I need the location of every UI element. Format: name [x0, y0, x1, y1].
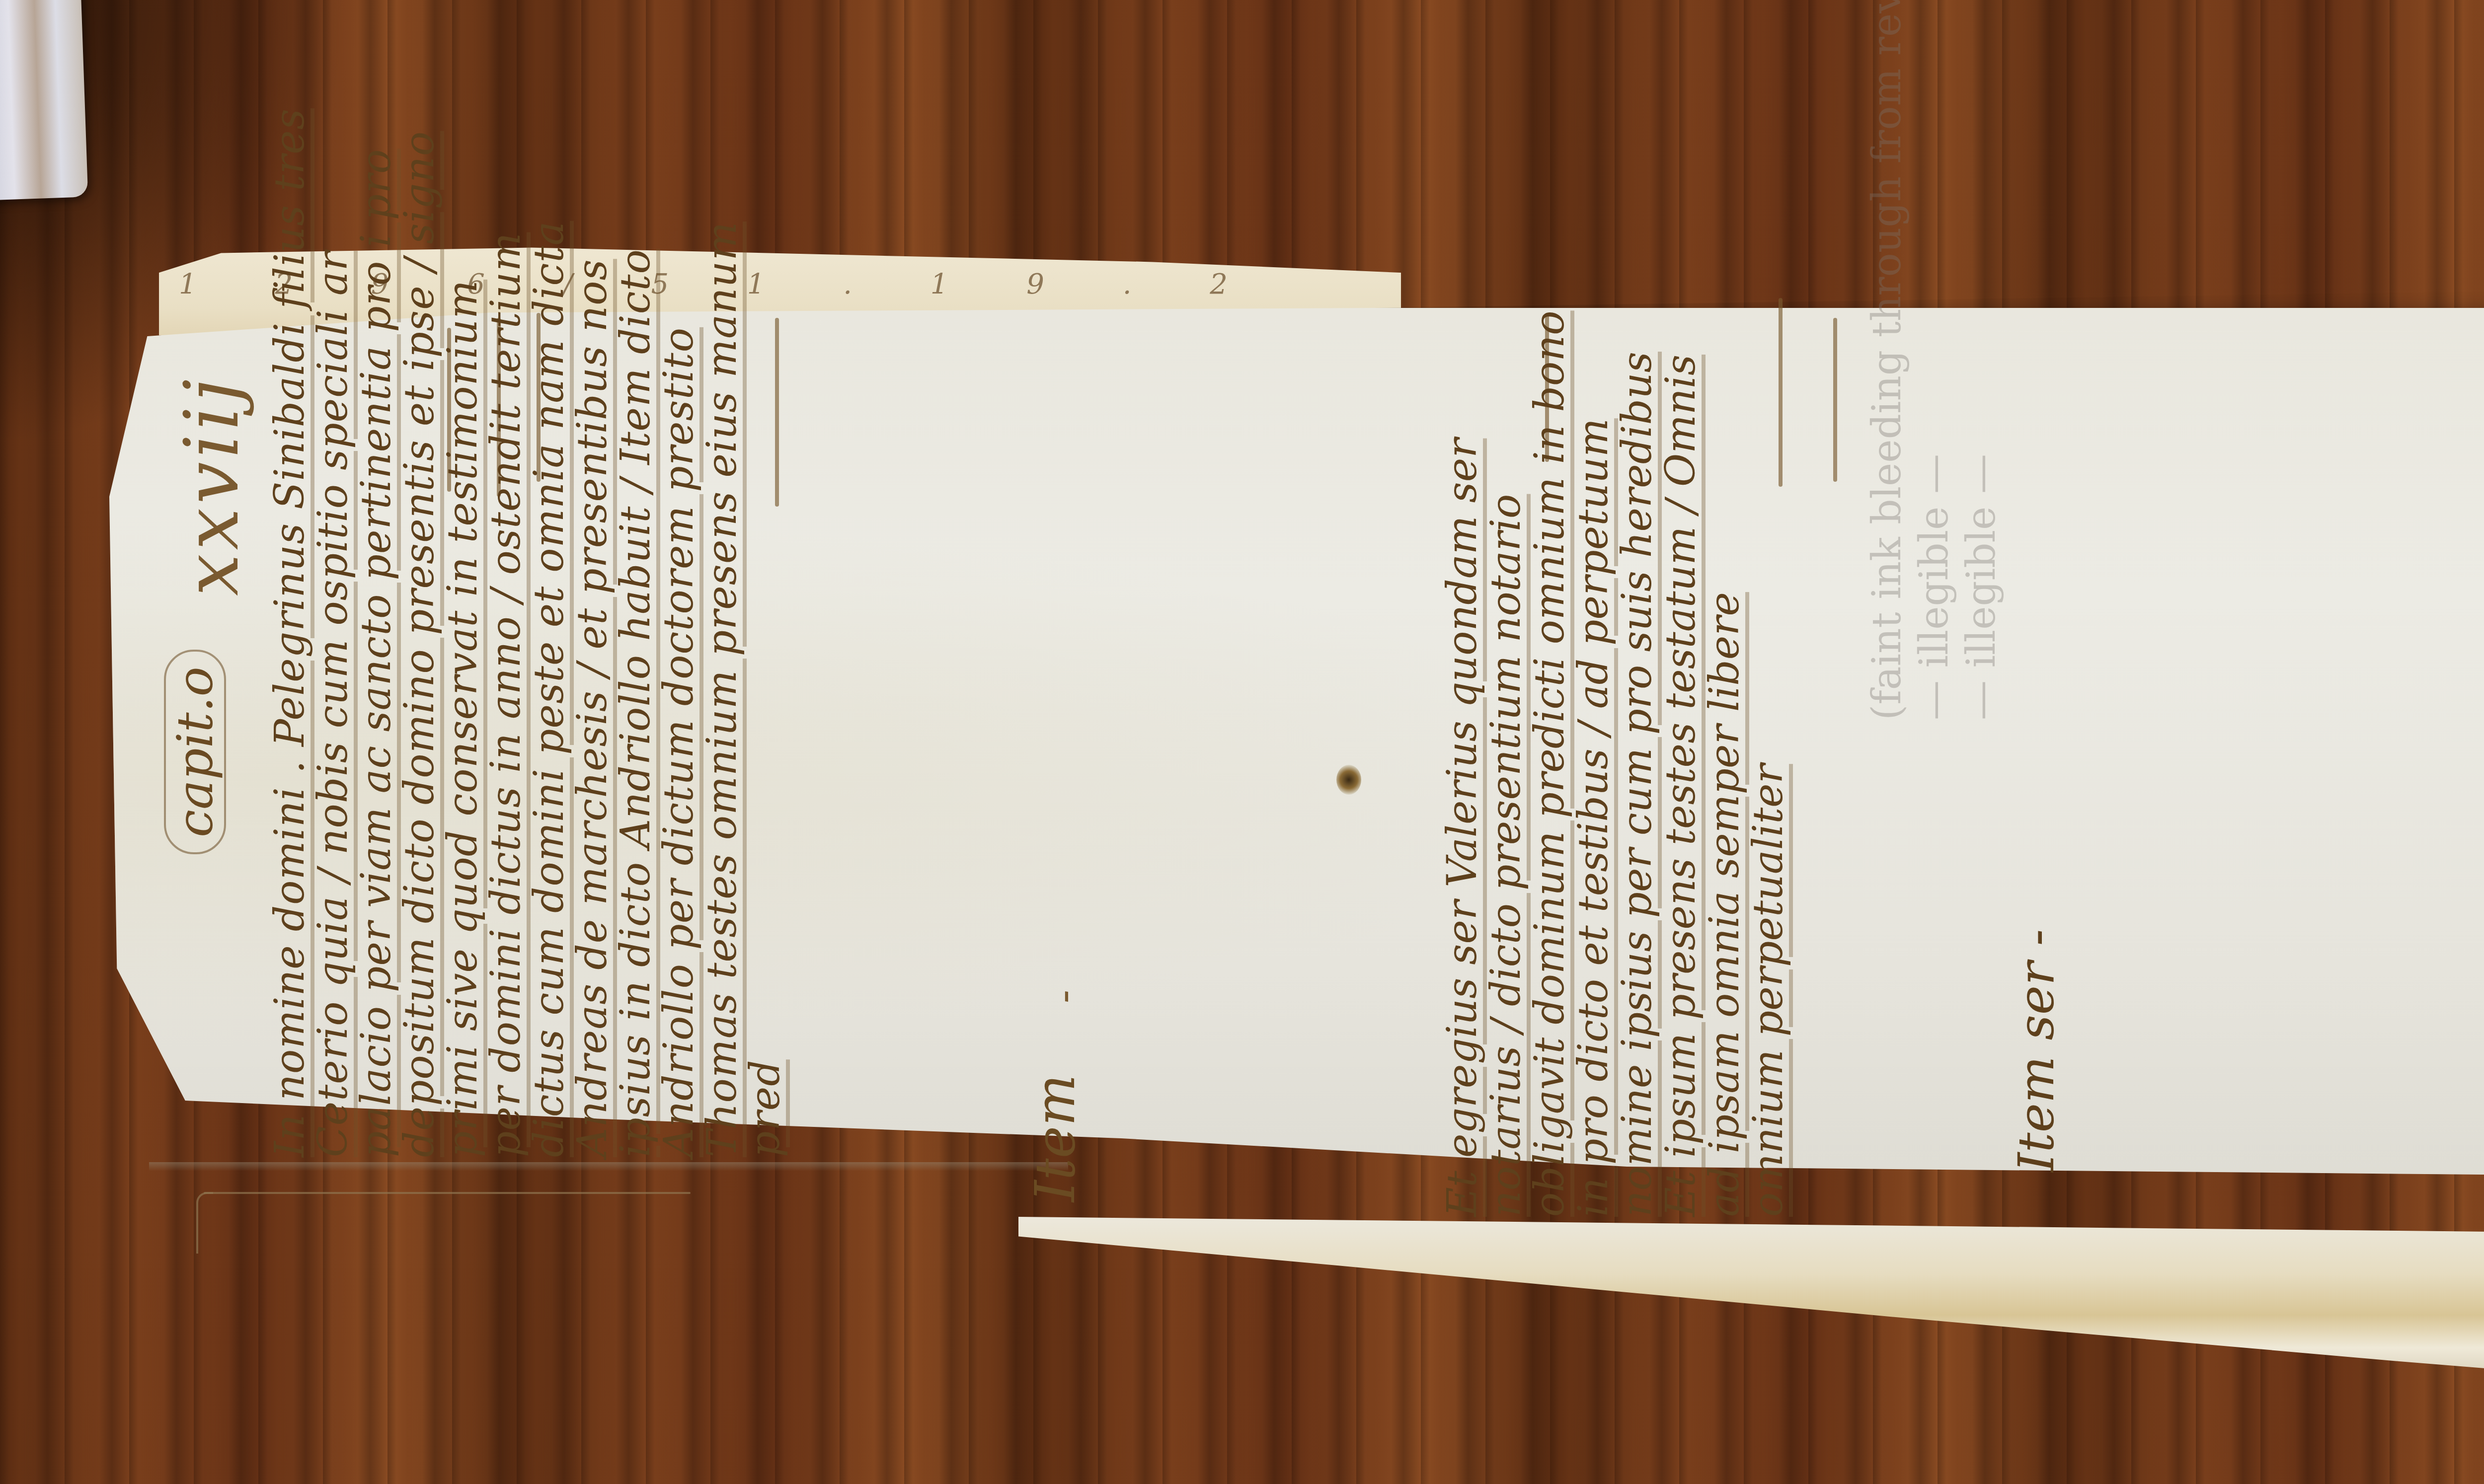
text-line: ipsius in dicto Andriollo habuit / Item …: [614, 108, 657, 1157]
item-mark: Item: [1023, 1074, 1087, 1202]
item-flourish: -: [1041, 990, 1087, 1003]
show-through-line: (faint ink bleeding through from reverse…: [1863, 0, 1910, 720]
text-line: pred: [744, 108, 787, 1157]
text-line: Et ipsum presens testes testatum / Omnis: [1659, 310, 1703, 1217]
chapter-label-text: capit.o: [164, 650, 226, 854]
text-line: Andriollo per dictum doctorem prestito: [657, 108, 700, 1157]
other-document-corner: [0, 0, 88, 201]
text-line: Et egregius ser Valerius quondam ser: [1441, 310, 1484, 1217]
text-line: palacio per viam ac sancto pertinentia p…: [355, 108, 398, 1157]
text-line: In nomine domini . Pelegrinus Sinibaldi …: [268, 108, 311, 1157]
show-through-text: (faint ink bleeding through from reverse…: [1863, 0, 2005, 720]
text-line: obligavit dominum predicti omnium in bon…: [1528, 310, 1572, 1217]
text-line: primi sive quod conservat in testimonium: [441, 108, 484, 1157]
folio-number: xxviij: [169, 375, 255, 596]
show-through-line: — illegible —: [1910, 0, 1957, 720]
show-through-line: — illegible —: [1957, 0, 2005, 720]
ruled-border-line: [204, 1192, 691, 1194]
text-line: nomine ipsius per cum pro suis heredibus: [1616, 310, 1659, 1217]
wormhole-damage: [1336, 765, 1361, 795]
text-line: in pro dicto et testibus / ad perpetuum: [1572, 310, 1616, 1217]
text-line: dictus cum domini peste et omnia nam dic…: [528, 108, 571, 1157]
text-line: ad ipsam omnia semper libere: [1703, 310, 1747, 1217]
text-line: depositum dicto domino presentis et ipse…: [398, 108, 441, 1157]
main-text-block: In nomine domini . Pelegrinus Sinibaldi …: [268, 108, 787, 1157]
line-extension-stroke: [1833, 318, 1837, 482]
chapter-label: capit.o: [164, 650, 226, 854]
text-line: Thomas testes omnium presens eius manum: [700, 108, 744, 1157]
text-line: omnium perpetualiter: [1747, 310, 1790, 1217]
text-line: Ceterio quia / nobis cum ospitio special…: [311, 108, 355, 1157]
signoff-flourish: Item ser -: [2007, 929, 2065, 1172]
ruled-border-corner: [196, 1192, 213, 1254]
text-line: Andreas de marchesis / et presentibus no…: [571, 108, 614, 1157]
sheet-fold-shadow: [149, 1162, 1068, 1171]
text-line: per domini dictus in anno / ostendit ter…: [484, 108, 528, 1157]
text-line: notarius / dicto presentium notario: [1484, 310, 1528, 1217]
second-text-block: Et egregius ser Valerius quondam ser not…: [1441, 310, 1790, 1217]
